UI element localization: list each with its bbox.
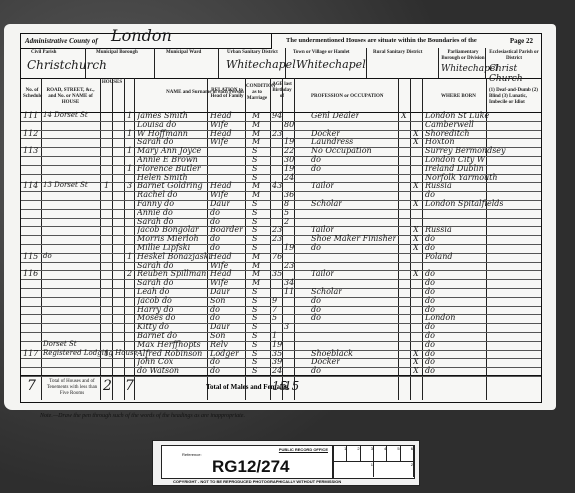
occupation-cell: Scholar (311, 287, 342, 296)
condition-cell: S (252, 357, 257, 366)
name-cell: John Cox (137, 357, 173, 366)
ruler-tick: 3 (361, 446, 374, 461)
birthplace-cell: do (425, 305, 435, 314)
relation-cell: Daur (210, 322, 230, 331)
relation-cell: Son (210, 331, 225, 340)
occupation-cell: Genl Dealer (311, 111, 359, 120)
condition-cell: S (252, 305, 257, 314)
birthplace-cell: do (425, 190, 435, 199)
condition-cell: S (252, 331, 257, 340)
employed-cell: X (413, 181, 419, 190)
schedule-cell: 115 (23, 252, 38, 261)
rooms-cell: 1 (127, 164, 132, 173)
relation-cell: Head (210, 129, 232, 138)
condition-cell: S (252, 349, 257, 358)
schedule-cell: 114 (23, 181, 38, 190)
relation-cell: Daur (210, 199, 230, 208)
admin-county-box: Administrative County of London (21, 34, 272, 49)
total-inhabited: 2 (103, 378, 112, 394)
age-male-cell: 24 (272, 366, 282, 375)
name-cell: Mary Ann Joyce (137, 146, 201, 155)
name-cell: Jacob Bongolar (137, 225, 199, 234)
occupation-cell: do (311, 296, 321, 305)
rooms-cell: 1 (127, 252, 132, 261)
schedule-cell: 112 (23, 129, 38, 138)
reference-box: Reference: PUBLIC RECORD OFFICE RG12/274 (161, 445, 333, 479)
schedule-cell: 111 (23, 111, 38, 120)
name-cell: Alfred Robinson (137, 349, 202, 358)
occupation-cell: Tailor (311, 181, 334, 190)
relation-cell: Wife (210, 120, 228, 129)
employed-cell: X (413, 129, 419, 138)
condition-cell: S (252, 164, 257, 173)
age-male-cell: 7 (272, 305, 277, 314)
age-male-cell: 35 (272, 349, 282, 358)
occupation-cell: do (311, 313, 321, 322)
birthplace-cell: Ireland Dublin (425, 164, 484, 173)
ruler-tick: 1 (334, 446, 347, 461)
condition-cell: S (252, 199, 257, 208)
address-cell: Dorset St (43, 340, 77, 348)
birthplace-cell: do (425, 357, 435, 366)
condition-cell: S (252, 243, 257, 252)
census-form: Administrative County of London The unde… (20, 33, 542, 403)
name-cell: Harry do (137, 305, 173, 314)
ruler-tick: 1 (334, 462, 374, 477)
age-male-cell: 94 (272, 111, 282, 120)
relation-cell: Head (210, 181, 232, 190)
occupation-cell: Tailor (311, 269, 334, 278)
employed-cell: X (413, 137, 419, 146)
relation-cell: do (210, 357, 220, 366)
parliamentary-label: Parliamentary Borough or Division (441, 50, 485, 62)
district-header: Civil Parish Christchurch Municipal Boro… (21, 48, 541, 79)
total-females: 15 (284, 379, 299, 393)
birthplace-cell: London City W (425, 155, 485, 164)
occupation-cell: Shoeblack (311, 349, 353, 358)
office-label: PUBLIC RECORD OFFICE (279, 447, 328, 452)
name-cell: Barnet Goldring (137, 181, 203, 190)
name-cell: Heskel Bonazjaski (137, 252, 211, 261)
age-female-cell: 11 (284, 287, 294, 296)
condition-cell: S (252, 340, 257, 349)
address-cell: do (43, 252, 52, 260)
civil-parish-label: Civil Parish (31, 50, 56, 56)
employed-cell: X (413, 234, 419, 243)
reference-number: RG12/274 (212, 457, 290, 477)
age-female-cell: 80 (284, 120, 294, 129)
birthplace-cell: Hoxton (425, 137, 455, 146)
relation-cell: Relv (210, 340, 228, 349)
scale-ruler: 123456 12 (333, 445, 415, 479)
name-cell: Sarah do (137, 137, 173, 146)
schedule-cell: 116 (23, 269, 38, 278)
occupation-cell: Laundress (311, 137, 353, 146)
rooms-cell: 3 (127, 181, 132, 190)
employed-cell: X (413, 349, 419, 358)
relation-cell: Lodger (210, 349, 239, 358)
occupation-cell: Docker (311, 129, 340, 138)
birthplace-cell: do (425, 287, 435, 296)
relation-cell: Wife (210, 190, 228, 199)
name-cell: James Smith (137, 111, 188, 120)
age-male-cell: 19 (272, 340, 282, 349)
birthplace-cell: do (425, 366, 435, 375)
name-cell: do Watson (137, 366, 179, 375)
condition-cell: M (252, 261, 260, 270)
ruler-tick: 6 (401, 446, 414, 461)
occupation-cell: do (311, 243, 321, 252)
condition-cell: S (252, 217, 257, 226)
birthplace-cell: do (425, 269, 435, 278)
schedule-cell: 117 (23, 349, 38, 358)
inhabited-cell: 1 (104, 349, 109, 358)
birthplace-cell: do (425, 296, 435, 305)
occupation-cell: do (311, 155, 321, 164)
employed-cell: X (413, 225, 419, 234)
condition-cell: S (252, 173, 257, 182)
condition-cell: S (252, 155, 257, 164)
birthplace-cell: Norfolk Yarmouth (425, 173, 498, 182)
occupation-cell: No Occupation (311, 146, 372, 155)
relation-cell: Son (210, 296, 225, 305)
relation-cell: do (210, 305, 220, 314)
age-female-cell: 19 (284, 164, 294, 173)
totals-row: 7 Total of Houses and of Tenements with … (21, 375, 541, 401)
age-female-cell: 23 (284, 261, 294, 270)
relation-cell: do (210, 243, 220, 252)
birthplace-cell: London St Luke (425, 111, 489, 120)
age-male-cell: 43 (272, 181, 282, 190)
age-female-cell: 19 (284, 243, 294, 252)
reference-label: Reference: (182, 452, 202, 457)
condition-cell: M (252, 269, 260, 278)
name-cell: Kitty do (137, 322, 169, 331)
urban-sanitary-label: Urban Sanitary District (227, 50, 278, 56)
condition-cell: M (252, 129, 260, 138)
condition-cell: S (252, 208, 257, 217)
birthplace-cell: London Spitalfields (425, 199, 503, 208)
name-cell: Sarah do (137, 217, 173, 226)
employed-cell: X (413, 357, 419, 366)
name-cell: Sarah do (137, 261, 173, 270)
town-value: Whitechapel (296, 58, 366, 71)
relation-cell: do (210, 234, 220, 243)
municipal-ward-label: Municipal Ward (166, 50, 201, 56)
employer-cell: X (401, 111, 407, 120)
employed-cell: X (413, 243, 419, 252)
condition-cell: M (252, 137, 260, 146)
occupation-cell: do (311, 366, 321, 375)
admin-county-value: London (111, 26, 172, 45)
total-schedules: 7 (27, 378, 36, 394)
footnote: Note.—Draw the pen through such of the w… (40, 413, 245, 419)
address-cell: 14 Dorset St (43, 111, 88, 119)
birthplace-cell: do (425, 340, 435, 349)
occupation-cell: do (311, 305, 321, 314)
age-female-cell: 24 (284, 173, 294, 182)
age-female-cell: 19 (284, 137, 294, 146)
admin-county-label: Administrative County of (25, 37, 98, 45)
relation-cell: Wife (210, 137, 228, 146)
condition-cell: S (252, 287, 257, 296)
age-female-cell: 22 (284, 146, 294, 155)
occupation-cell: Shoe Maker Finisher (311, 234, 396, 243)
rooms-cell: 1 (127, 111, 132, 120)
birthplace-cell: Russia (425, 225, 452, 234)
name-cell: Barnet do (137, 331, 177, 340)
copyright-notice: COPYRIGHT - NOT TO BE REPRODUCED PHOTOGR… (173, 479, 341, 484)
urban-sanitary-value: Whitechapel (226, 58, 296, 71)
ruler-tick: 2 (374, 462, 414, 477)
age-male-cell: 76 (272, 252, 282, 261)
relation-cell: Wife (210, 261, 228, 270)
address-cell: 13 Dorset St (43, 181, 88, 189)
age-female-cell: 3 (284, 322, 289, 331)
name-cell: Helen Smith (137, 173, 188, 182)
age-female-cell: 36 (284, 190, 294, 199)
name-cell: Annie do (137, 208, 173, 217)
age-female-cell: 5 (284, 208, 289, 217)
birthplace-cell: do (425, 243, 435, 252)
birthplace-cell: Russia (425, 181, 452, 190)
rooms-cell: 2 (127, 269, 132, 278)
occupation-cell: Scholar (311, 199, 342, 208)
rooms-cell: 1 (127, 146, 132, 155)
relation-cell: Wife (210, 278, 228, 287)
birthplace-cell: do (425, 322, 435, 331)
employed-cell: X (413, 199, 419, 208)
condition-cell: S (252, 322, 257, 331)
total-rooms: 7 (125, 378, 134, 394)
condition-cell: M (252, 120, 260, 129)
condition-cell: S (252, 296, 257, 305)
name-cell: Fanny do (137, 199, 174, 208)
ruler-tick: 2 (347, 446, 360, 461)
civil-parish-value: Christchurch (27, 58, 107, 72)
ruler-tick: 5 (387, 446, 400, 461)
condition-cell: S (252, 366, 257, 375)
ruler-tick: 4 (374, 446, 387, 461)
name-cell: W Hoffmann (137, 129, 188, 138)
name-cell: Max Herffhopts (137, 340, 201, 349)
condition-cell: S (252, 146, 257, 155)
birthplace-cell: do (425, 234, 435, 243)
relation-cell: do (210, 208, 220, 217)
condition-cell: S (252, 234, 257, 243)
occupation-cell: Tailor (311, 225, 334, 234)
page-number: Page 22 (510, 37, 533, 45)
occupation-cell: Docker (311, 357, 340, 366)
condition-cell: M (252, 252, 260, 261)
age-male-cell: 39 (272, 357, 282, 366)
name-cell: Florence Butler (137, 164, 201, 173)
name-cell: Leah do (137, 287, 169, 296)
age-male-cell: 23 (272, 225, 282, 234)
relation-cell: do (210, 366, 220, 375)
condition-cell: M (252, 181, 260, 190)
employed-cell: X (413, 269, 419, 278)
name-cell: Sarah do (137, 278, 173, 287)
occupation-cell: do (311, 164, 321, 173)
relation-cell: Head (210, 269, 232, 278)
address-cell: Registered Lodging House (43, 349, 138, 357)
name-cell: Reuben Spillman (137, 269, 206, 278)
name-cell: Louisa do (137, 120, 176, 129)
reference-card: Reference: PUBLIC RECORD OFFICE RG12/274… (152, 440, 420, 486)
age-male-cell: 35 (272, 269, 282, 278)
birthplace-cell: do (425, 349, 435, 358)
name-cell: Jacob do (137, 296, 172, 305)
condition-cell: S (252, 313, 257, 322)
birthplace-cell: Surrey Bermondsey (425, 146, 506, 155)
relation-cell: do (210, 313, 220, 322)
town-label: Town or Village or Hamlet (293, 50, 350, 56)
intro-text: The undermentioned Houses are situate wi… (286, 37, 477, 44)
schedule-cell: 113 (23, 146, 38, 155)
condition-cell: S (252, 225, 257, 234)
age-male-cell: 23 (272, 234, 282, 243)
inhabited-cell: 1 (104, 181, 109, 190)
birthplace-cell: do (425, 278, 435, 287)
birthplace-cell: do (425, 331, 435, 340)
birthplace-cell: Shoreditch (425, 129, 470, 138)
condition-cell: M (252, 190, 260, 199)
age-male-cell: 1 (272, 331, 277, 340)
municipal-borough-label: Municipal Borough (96, 50, 138, 56)
name-cell: Morris Mierloh (137, 234, 199, 243)
age-male-cell: 9 (272, 296, 277, 305)
name-cell: Millie Lipfski (137, 243, 190, 252)
age-female-cell: 30 (284, 155, 294, 164)
relation-cell: do (210, 217, 220, 226)
relation-cell: Boarder (210, 225, 243, 234)
rural-sanitary-label: Rural Sanitary District (373, 50, 422, 56)
name-cell: Annie E Brown (137, 155, 198, 164)
relation-cell: Head (210, 111, 232, 120)
rooms-cell: 1 (127, 129, 132, 138)
relation-cell: Head (210, 252, 232, 261)
birthplace-cell: Camberwell (425, 120, 474, 129)
birthplace-cell: Poland (425, 252, 452, 261)
condition-cell: M (252, 278, 260, 287)
age-female-cell: 8 (284, 199, 289, 208)
name-cell: Rachel do (137, 190, 177, 199)
employed-cell: X (413, 366, 419, 375)
condition-cell: M (252, 111, 260, 120)
birthplace-cell: London (425, 313, 455, 322)
ecclesiastical-label: Ecclesiastical Parish or District (489, 50, 539, 62)
age-female-cell: 34 (284, 278, 294, 287)
relation-cell: Daur (210, 287, 230, 296)
total-houses-label: Total of Houses and of Tenements with le… (45, 379, 99, 397)
age-male-cell: 5 (272, 313, 277, 322)
age-female-cell: 2 (284, 217, 289, 226)
age-male-cell: 23 (272, 129, 282, 138)
name-cell: Moses do (137, 313, 175, 322)
